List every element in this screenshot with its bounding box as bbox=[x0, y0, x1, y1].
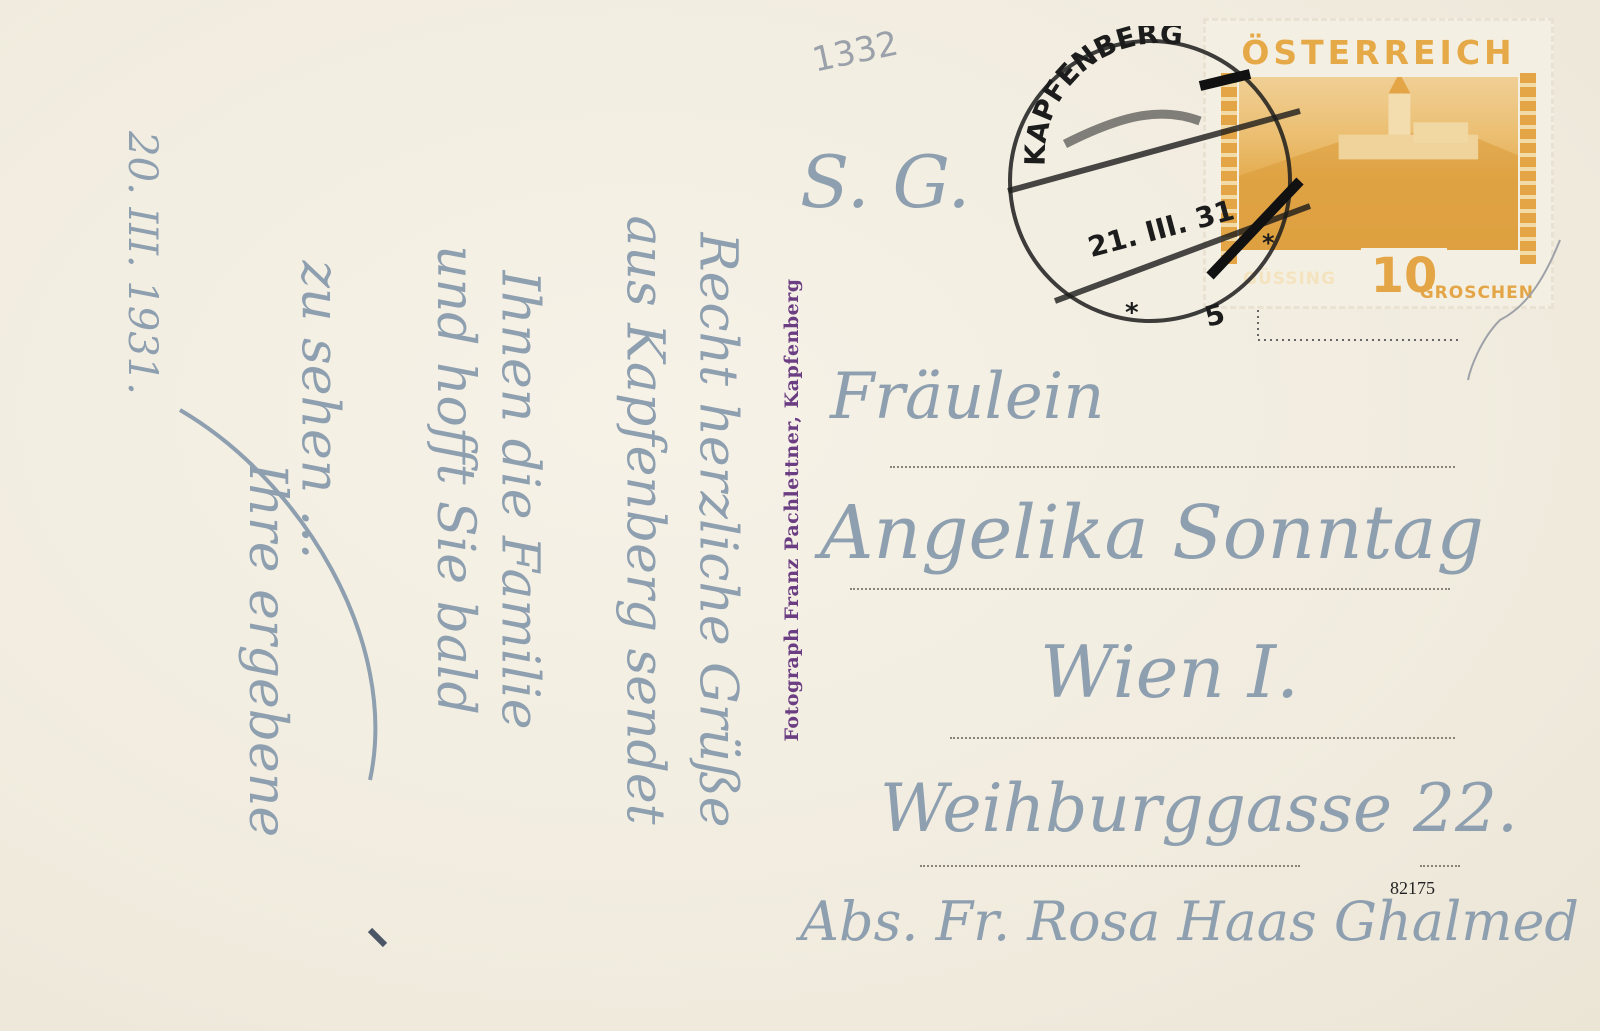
svg-text:5: 5 bbox=[1201, 297, 1228, 334]
postcard-back: 1332 20. III. 1931. Recht herzliche Grüß… bbox=[0, 0, 1600, 1031]
address-line-1 bbox=[890, 466, 1455, 468]
address-line-3 bbox=[950, 737, 1455, 739]
message-area: 20. III. 1931. Recht herzliche Grüße aus… bbox=[40, 20, 760, 1020]
postmark: KAPFENBERG 21. III. 31 * 5 * bbox=[1000, 26, 1320, 346]
catalog-number: 82175 bbox=[1390, 878, 1435, 899]
reference-number: 1332 bbox=[809, 23, 902, 80]
stamp-currency: GROSCHEN bbox=[1420, 283, 1534, 303]
postmark-town: KAPFENBERG bbox=[1019, 26, 1185, 166]
svg-text:*: * bbox=[1125, 298, 1139, 328]
publisher-imprint: Fotograph Franz Pachlettner, Kapfenberg bbox=[781, 278, 803, 741]
stamp-ornament-right bbox=[1520, 73, 1536, 264]
address-line-4b bbox=[1420, 865, 1460, 867]
flourish-stroke bbox=[40, 20, 760, 1020]
address-city: Wien I. bbox=[1040, 630, 1299, 714]
salutation: S. G. bbox=[800, 140, 970, 224]
svg-text:21. III. 31: 21. III. 31 bbox=[1084, 193, 1237, 264]
address-title: Fräulein bbox=[830, 360, 1104, 434]
address-street: Weihburggasse 22. bbox=[880, 770, 1518, 847]
sender-line: Abs. Fr. Rosa Haas Ghalmed bbox=[800, 890, 1579, 953]
address-line-2 bbox=[850, 588, 1450, 590]
address-line-4 bbox=[920, 865, 1300, 867]
address-name: Angelika Sonntag bbox=[820, 490, 1484, 576]
svg-text:*: * bbox=[1262, 229, 1275, 257]
